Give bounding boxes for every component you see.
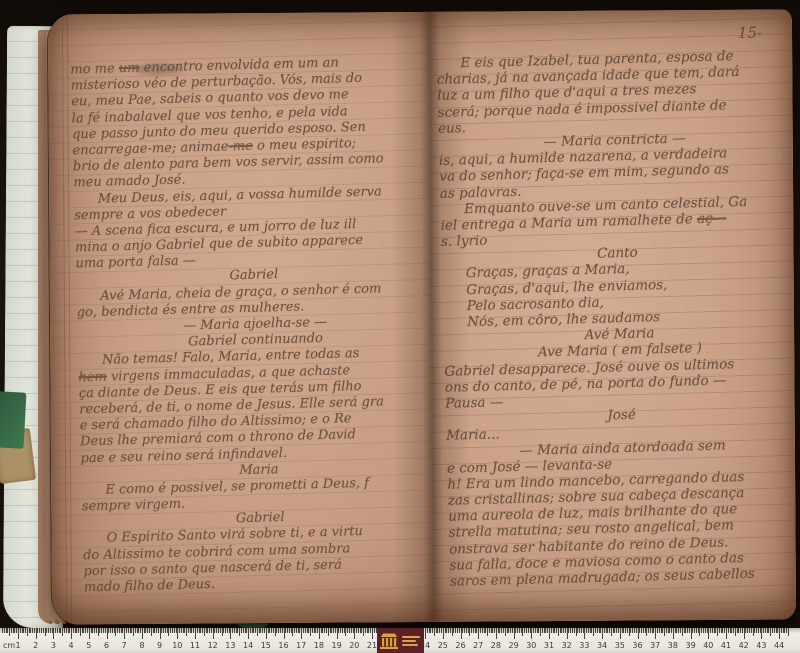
ruler-number: 19	[332, 641, 342, 650]
manuscript-photo: { "photo": { "page_number": "15-" }, "le…	[0, 0, 800, 653]
ruler-number: 21	[367, 641, 377, 650]
ruler-number: 9	[157, 641, 162, 650]
ruler-number: 25	[438, 641, 448, 650]
ruler-number: 6	[104, 641, 109, 650]
ruler-number: 42	[739, 641, 749, 650]
ruler-number: 37	[650, 641, 660, 650]
right-page-text: E eis que Izabel, tua parenta, esposa de…	[436, 47, 796, 590]
ruler-number: 4	[69, 641, 74, 650]
ruler-number: 29	[509, 641, 519, 650]
ruler-unit-label: cm	[3, 641, 15, 650]
ruler-number: 14	[243, 641, 253, 650]
green-bookmark	[0, 391, 26, 448]
ruler-number: 32	[562, 641, 572, 650]
ruler-number: 17	[296, 641, 306, 650]
ruler-number: 36	[632, 641, 642, 650]
ruler-number: 16	[278, 641, 288, 650]
ruler-number: 28	[491, 641, 501, 650]
right-page: 15- E eis que Izabel, tua parenta, espos…	[428, 9, 796, 622]
ruler-number: 11	[190, 641, 200, 650]
archive-logo	[377, 628, 424, 653]
left-page: mo me um encontro envolvida em um anmist…	[48, 12, 432, 625]
ruler-number: 3	[51, 641, 56, 650]
ruler-number: 7	[122, 641, 127, 650]
archive-building-icon	[379, 632, 399, 650]
ruler-number: 33	[579, 641, 589, 650]
notebook-spread: mo me um encontro envolvida em um anmist…	[48, 9, 796, 624]
ruler-tick	[788, 628, 789, 636]
ruler-number: 12	[208, 641, 218, 650]
ruler-number: 20	[349, 641, 359, 650]
ruler-number: 30	[526, 641, 536, 650]
left-page-text: mo me um encontro envolvida em um anmist…	[70, 53, 432, 596]
ruler-number: 15	[261, 641, 271, 650]
ruler-number: 35	[615, 641, 625, 650]
ruler-number: 44	[774, 641, 784, 650]
ruler-number: 41	[721, 641, 731, 650]
ruler-number: 43	[756, 641, 766, 650]
ruler-number: 10	[172, 641, 182, 650]
ruler-number: 8	[139, 641, 144, 650]
ruler-number: 26	[455, 641, 465, 650]
ruler-number: 39	[686, 641, 696, 650]
ruler-number: 5	[86, 641, 91, 650]
ruler-number: 18	[314, 641, 324, 650]
ruler-number: 27	[473, 641, 483, 650]
logo-text-lines	[402, 636, 420, 646]
ruler-number: 2	[33, 641, 38, 650]
ruler-number: 31	[544, 641, 554, 650]
ruler-number: 40	[703, 641, 713, 650]
page-number: 15-	[738, 24, 762, 42]
ruler-number: 38	[668, 641, 678, 650]
page-crease	[62, 14, 67, 624]
ruler-number: 34	[597, 641, 607, 650]
ruler: cm 1234567891011121314151617181920212223…	[0, 628, 800, 653]
ruler-number: 1	[15, 641, 20, 650]
ruler-number: 13	[225, 641, 235, 650]
